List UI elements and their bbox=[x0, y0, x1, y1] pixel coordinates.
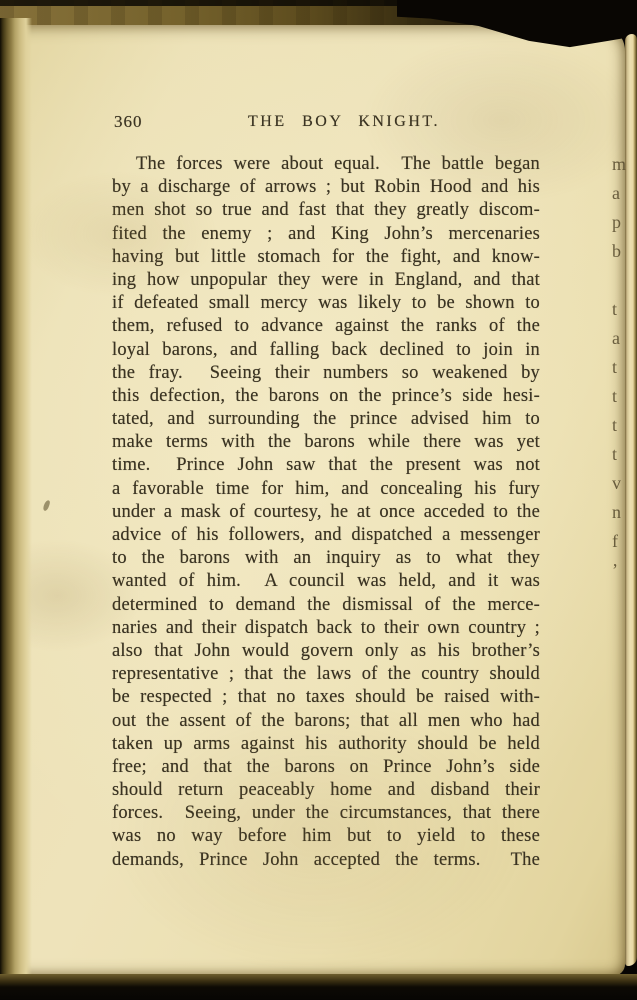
text-line: if defeated small mercy was likely to be… bbox=[112, 292, 540, 315]
text-line: loyal barons, and falling back declined … bbox=[112, 339, 540, 362]
next-page-partial-text: mapbtattttvnf’ bbox=[612, 150, 627, 610]
text-line: taken up arms against his authority shou… bbox=[112, 733, 540, 756]
next-page-letter: b bbox=[612, 237, 627, 266]
next-page-letter: t bbox=[612, 295, 627, 324]
running-head: THE BOY KNIGHT. bbox=[130, 113, 558, 131]
next-page-letter: f bbox=[612, 527, 627, 556]
text-line: make terms with the barons while there w… bbox=[112, 431, 540, 454]
text-line: The forces were about equal. The battle … bbox=[112, 153, 540, 176]
next-page-letter: t bbox=[612, 382, 627, 411]
next-page-letter: p bbox=[612, 208, 627, 237]
text-line: a favorable time for him, and concealing… bbox=[112, 478, 540, 501]
text-line: also that John would govern only as his … bbox=[112, 640, 540, 663]
scanned-book-photo: 360 THE BOY KNIGHT. The forces were abou… bbox=[0, 0, 637, 1000]
text-line: be respected ; that no taxes should be r… bbox=[112, 686, 540, 709]
book-page: 360 THE BOY KNIGHT. The forces were abou… bbox=[8, 25, 625, 976]
next-page-letter: t bbox=[612, 440, 627, 469]
text-line: demands, Prince John accepted the terms.… bbox=[112, 849, 540, 872]
page-stack-left-edge bbox=[0, 18, 32, 984]
text-line: ing how unpopular they were in England, … bbox=[112, 269, 540, 292]
text-line: time. Prince John saw that the present w… bbox=[112, 454, 540, 477]
text-line: should return peaceably home and disband… bbox=[112, 779, 540, 802]
next-page-letter: a bbox=[612, 324, 627, 353]
next-page-letter bbox=[612, 266, 627, 295]
text-line: having but little stomach for the fight,… bbox=[112, 246, 540, 269]
text-line: representative ; that the laws of the co… bbox=[112, 663, 540, 686]
next-page-letter: t bbox=[612, 353, 627, 382]
next-page-letter: m bbox=[612, 150, 627, 179]
text-line: under a mask of courtesy, he at once acc… bbox=[112, 501, 540, 524]
text-line: them, refused to advance against the ran… bbox=[112, 315, 540, 338]
text-line: to the barons with an inquiry as to what… bbox=[112, 547, 540, 570]
text-line: determined to demand the dismissal of th… bbox=[112, 594, 540, 617]
text-line: this defection, the barons on the prince… bbox=[112, 385, 540, 408]
bottom-shadow bbox=[0, 974, 637, 1000]
text-line: tated, and surrounding the prince advise… bbox=[112, 408, 540, 431]
page-text: The forces were about equal. The battle … bbox=[112, 153, 540, 872]
text-line: advice of his followers, and dispatched … bbox=[112, 524, 540, 547]
text-line: by a discharge of arrows ; but Robin Hoo… bbox=[112, 176, 540, 199]
text-line: the fray. Seeing their numbers so weaken… bbox=[112, 362, 540, 385]
text-line: was no way before him but to yield to th… bbox=[112, 825, 540, 848]
next-page-letter: ’ bbox=[612, 556, 627, 585]
page-header: 360 THE BOY KNIGHT. bbox=[112, 111, 540, 135]
text-line: naries and their dispatch back to their … bbox=[112, 617, 540, 640]
text-line: forces. Seeing, under the circumstances,… bbox=[112, 802, 540, 825]
text-line: free; and that the barons on Prince John… bbox=[112, 756, 540, 779]
next-page-letter: a bbox=[612, 179, 627, 208]
text-line: men shot so true and fast that they grea… bbox=[112, 199, 540, 222]
next-page-letter: v bbox=[612, 469, 627, 498]
next-page-letter: n bbox=[612, 498, 627, 527]
next-page-letter: t bbox=[612, 411, 627, 440]
text-line: out the assent of the barons; that all m… bbox=[112, 710, 540, 733]
text-line: fited the enemy ; and King John’s mercen… bbox=[112, 223, 540, 246]
text-line: wanted of him. A council was held, and i… bbox=[112, 570, 540, 593]
